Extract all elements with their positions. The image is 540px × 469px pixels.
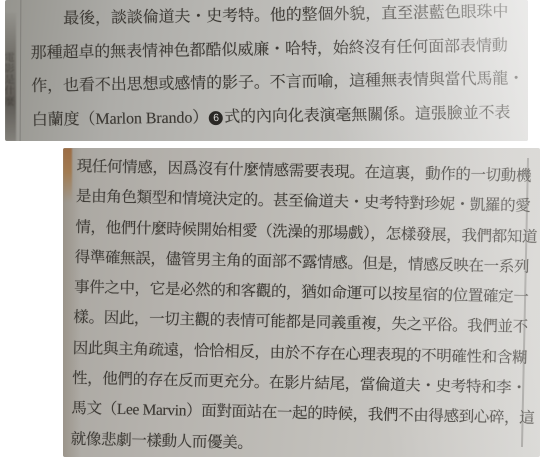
text-segment: 式的內向化表演毫無關係。這張臉並不表 <box>224 104 510 125</box>
book-page-photo-bottom: 現任何情感，因爲沒有什麼情感需要表現。在這裏，動作的一切動機 是由角色類型和情境… <box>63 148 540 457</box>
text-line: 白蘭度（Marlon Brando）6式的內向化表演毫無關係。這張臉並不表 <box>32 96 528 137</box>
paragraph-block-top: 最後，談談倫道夫・史考特。他的整個外貌，直至湛藍色眼珠中 那種超卓的無表情神色都… <box>30 0 528 137</box>
book-spine-edge <box>63 148 72 202</box>
footnote-marker-icon: 6 <box>209 111 223 125</box>
book-page-photo-top: 電影是什麼 最後，談談倫道夫・史考特。他的整個外貌，直至湛藍色眼珠中 那種超卓的… <box>5 0 528 141</box>
paragraph-block-bottom: 現任何情感，因爲沒有什麼情感需要表現。在這裏，動作的一切動機 是由角色類型和情境… <box>70 152 533 457</box>
text-segment: 白蘭度（Marlon Brando） <box>32 109 209 129</box>
page-margin-rule-left <box>20 0 22 141</box>
page-background: 電影是什麼 最後，談談倫道夫・史考特。他的整個外貌，直至湛藍色眼珠中 那種超卓的… <box>0 0 540 469</box>
margin-vertical-title-text: 電影是什麼 <box>5 52 15 107</box>
